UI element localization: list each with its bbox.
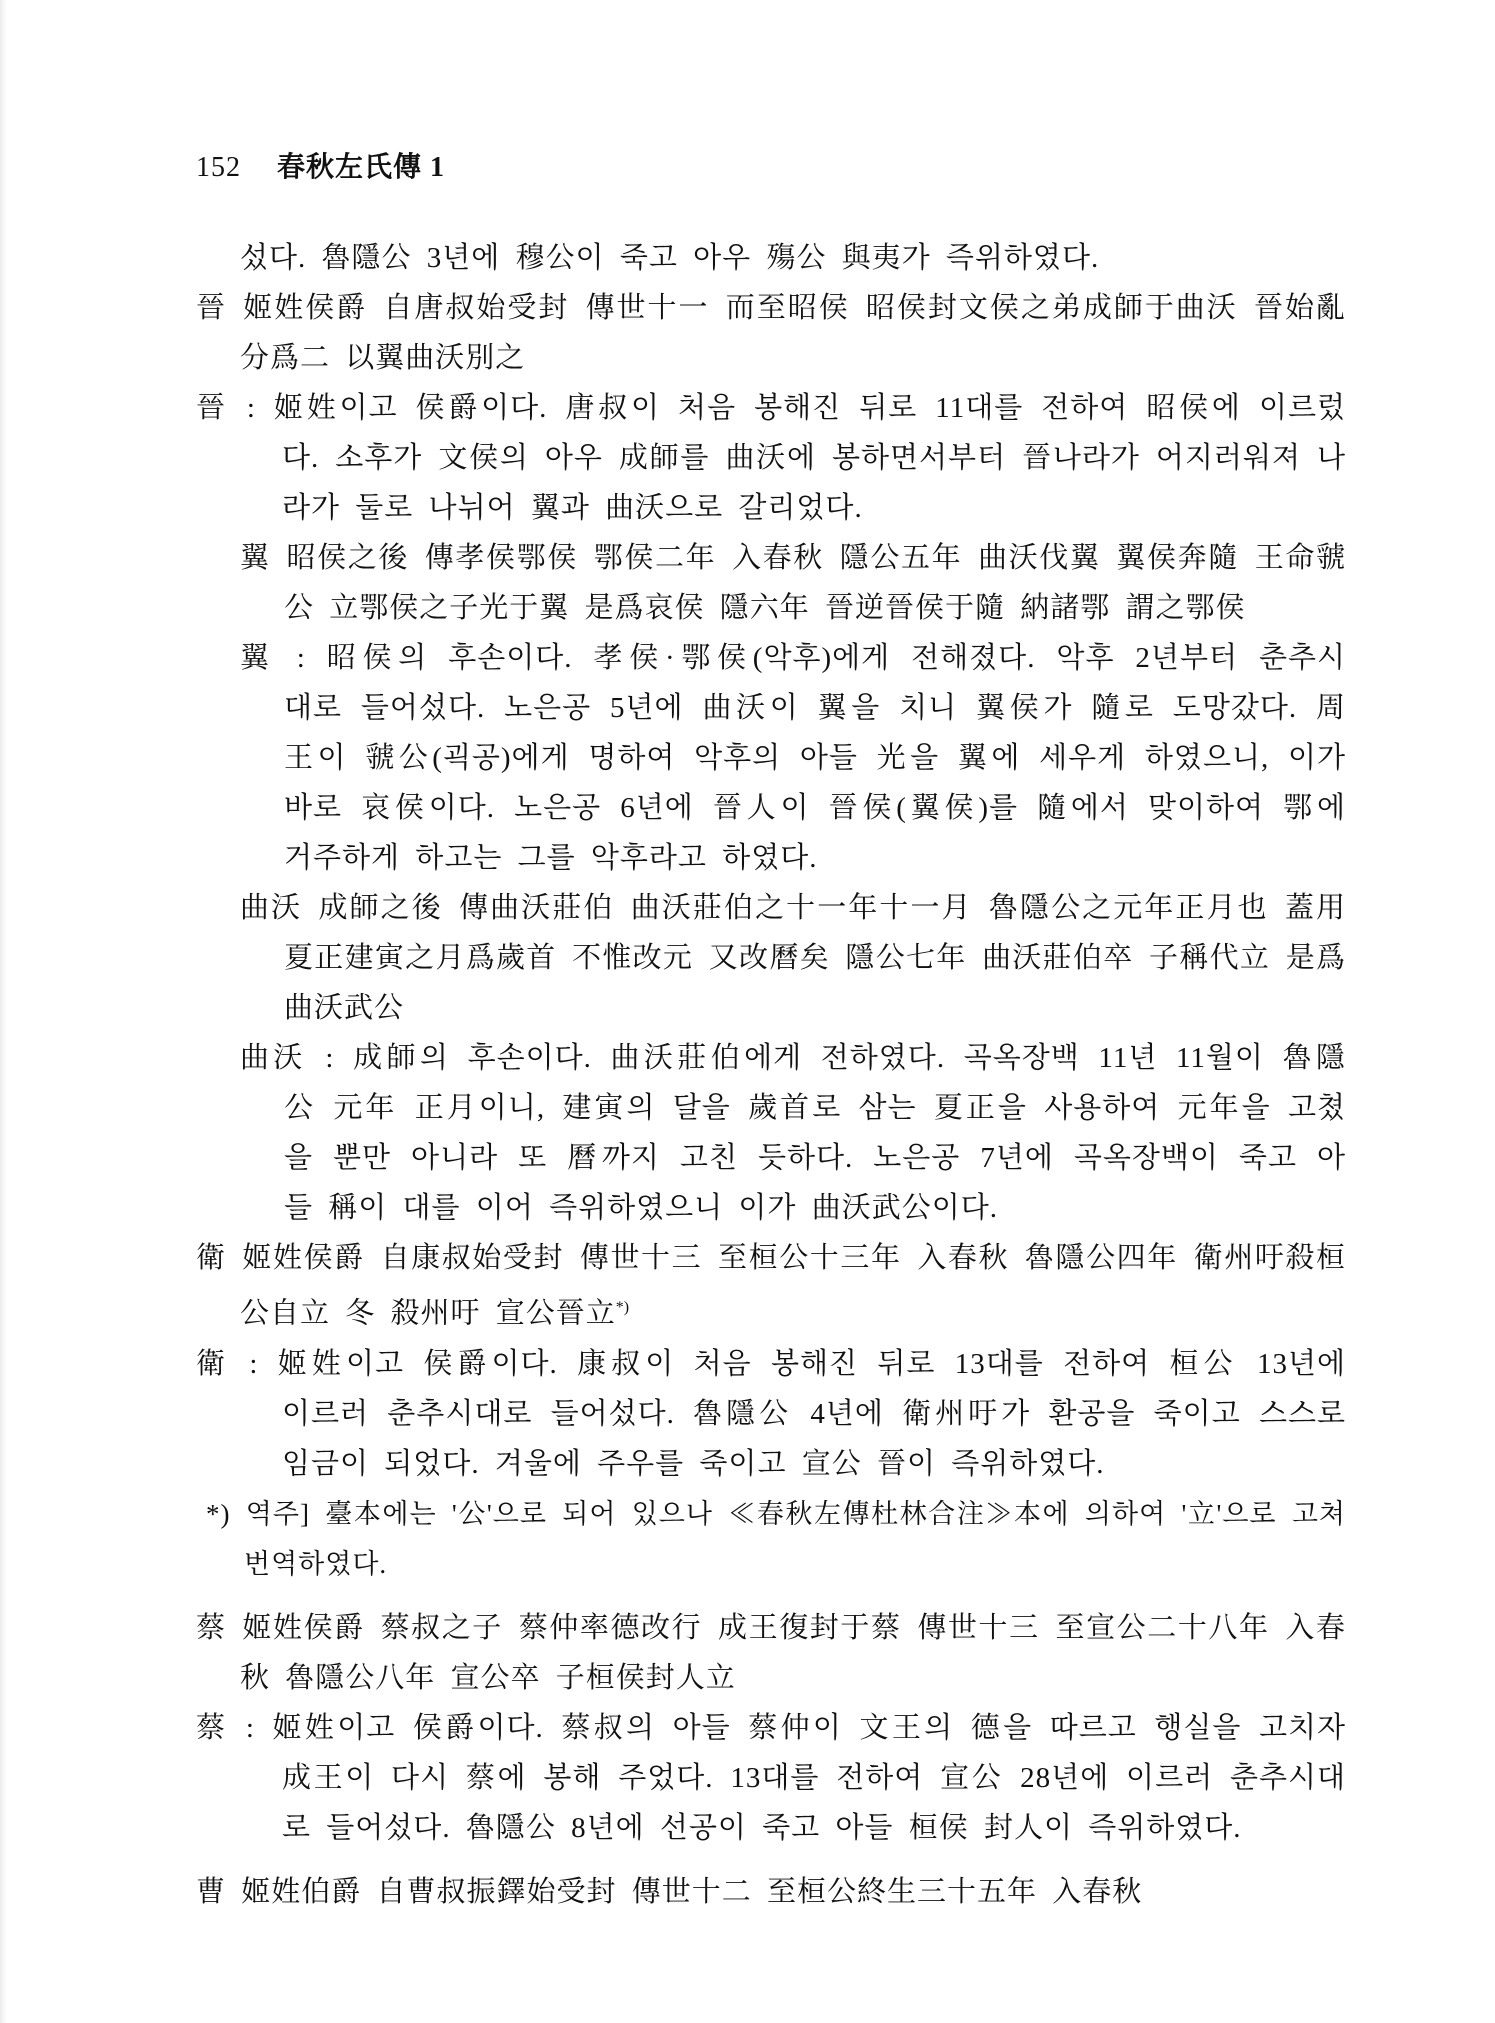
text-line: 거주하게 하고는 그를 악후라고 하였다. — [284, 833, 1346, 883]
footnote-line: 번역하였다. — [244, 1539, 1346, 1589]
text-line: 成王이 다시 蔡에 봉해 주었다. 13대를 전하여 宣公 28년에 이르러 춘… — [282, 1753, 1346, 1803]
text-line: 임금이 되었다. 겨울에 주우를 죽이고 宣公 晉이 즉위하였다. — [282, 1439, 1346, 1489]
text-line: 을 뿐만 아니라 또 曆까지 고친 듯하다. 노은공 7년에 곡옥장백이 죽고 … — [284, 1133, 1346, 1183]
text-line: 대로 들어섰다. 노은공 5년에 曲沃이 翼을 치니 翼侯가 隨로 도망갔다. … — [284, 683, 1346, 733]
text-line: 들 稱이 대를 이어 즉위하였으니 이가 曲沃武公이다. — [284, 1183, 1346, 1233]
entry-head-jin-korean: 晉 : 姬姓이고 侯爵이다. 唐叔이 처음 봉해진 뒤로 11대를 전하여 昭侯… — [196, 383, 1346, 433]
text-line: 分爲二 以翼曲沃別之 — [240, 333, 1346, 383]
text-line: 公 元年 正月이니, 建寅의 달을 歲首로 삼는 夏正을 사용하여 元年을 고쳤 — [284, 1083, 1346, 1133]
scan-edge-shadow — [0, 0, 7, 2023]
text-line: 바로 哀侯이다. 노은공 6년에 晉人이 晉侯(翼侯)를 隨에서 맞이하여 鄂에 — [284, 783, 1346, 833]
page-header: 152春秋左氏傳 1 — [196, 145, 1346, 183]
text-line: 王이 虢公(괵공)에게 명하여 악후의 아들 光을 翼에 세우게 하였으니, 이… — [284, 733, 1346, 783]
entry-head-chae-korean: 蔡 : 姬姓이고 侯爵이다. 蔡叔의 아들 蔡仲이 文王의 德을 따르고 행실을… — [196, 1703, 1346, 1753]
text-line: 公 立鄂侯之子光于翼 是爲哀侯 隱六年 晉逆晉侯于隨 納諸鄂 謂之鄂侯 — [284, 583, 1346, 633]
page-number: 152 — [196, 152, 241, 183]
text-line: 라가 둘로 나뉘어 翼과 曲沃으로 갈리었다. — [282, 483, 1346, 533]
text-line: 秋 魯隱公八年 宣公卒 子桓侯封人立 — [240, 1653, 1346, 1703]
book-page: 152春秋左氏傳 1 섰다. 魯隱公 3년에 穆公이 죽고 아우 殤公 與夷가 … — [196, 145, 1346, 1917]
subentry-yik-hanmun: 翼 昭侯之後 傳孝侯鄂侯 鄂侯二年 入春秋 隱公五年 曲沃伐翼 翼侯奔隨 王命虢 — [240, 533, 1346, 583]
entry-head-wei-korean: 衛 : 姬姓이고 侯爵이다. 康叔이 처음 봉해진 뒤로 13대를 전하여 桓公… — [196, 1339, 1346, 1389]
page-body: 섰다. 魯隱公 3년에 穆公이 죽고 아우 殤公 與夷가 즉위하였다. 晉 姬姓… — [196, 233, 1346, 1917]
subentry-quwo-hanmun: 曲沃 成師之後 傳曲沃莊伯 曲沃莊伯之十一年十一月 魯隱公之元年正月也 蓋用 — [240, 883, 1346, 933]
text-line: 이르러 춘추시대로 들어섰다. 魯隱公 4년에 衛州吁가 환공을 죽이고 스스로 — [282, 1389, 1346, 1439]
text-line: 다. 소후가 文侯의 아우 成師를 曲沃에 봉하면서부터 晉나라가 어지러워져 … — [282, 433, 1346, 483]
subentry-quwo-korean: 曲沃 : 成師의 후손이다. 曲沃莊伯에게 전하였다. 곡옥장백 11년 11월… — [240, 1033, 1346, 1083]
text-line: 曲沃武公 — [284, 983, 1346, 1033]
footnote-line: *) 역주] 臺本에는 '公'으로 되어 있으나 ≪春秋左傳杜林合注≫本에 의하… — [206, 1489, 1346, 1539]
entry-head-chae-hanmun: 蔡 姬姓侯爵 蔡叔之子 蔡仲率德改行 成王復封于蔡 傳世十三 至宣公二十八年 入… — [196, 1603, 1346, 1653]
text-line: 섰다. 魯隱公 3년에 穆公이 죽고 아우 殤公 與夷가 즉위하였다. — [240, 233, 1346, 283]
entry-head-jin-hanmun: 晉 姬姓侯爵 自唐叔始受封 傳世十一 而至昭侯 昭侯封文侯之弟成師于曲沃 晉始亂 — [196, 283, 1346, 333]
footnote-marker: *) — [616, 1299, 629, 1316]
book-title: 春秋左氏傳 1 — [277, 152, 445, 183]
subentry-yik-korean: 翼 : 昭侯의 후손이다. 孝侯·鄂侯(악후)에게 전해졌다. 악후 2년부터 … — [240, 633, 1346, 683]
entry-head-cho-hanmun: 曹 姬姓伯爵 自曹叔振鐸始受封 傳世十二 至桓公終生三十五年 入春秋 — [196, 1867, 1346, 1917]
text-line: 로 들어섰다. 魯隱公 8년에 선공이 죽고 아들 桓侯 封人이 즉위하였다. — [282, 1803, 1346, 1853]
entry-head-wei-hanmun: 衛 姬姓侯爵 自康叔始受封 傳世十三 至桓公十三年 入春秋 魯隱公四年 衛州吁殺… — [196, 1233, 1346, 1283]
text-line: 公自立 冬 殺州吁 宣公晉立*) — [240, 1283, 1346, 1339]
text-line: 夏正建寅之月爲歲首 不惟改元 又改曆矣 隱公七年 曲沃莊伯卒 子稱代立 是爲 — [284, 933, 1346, 983]
